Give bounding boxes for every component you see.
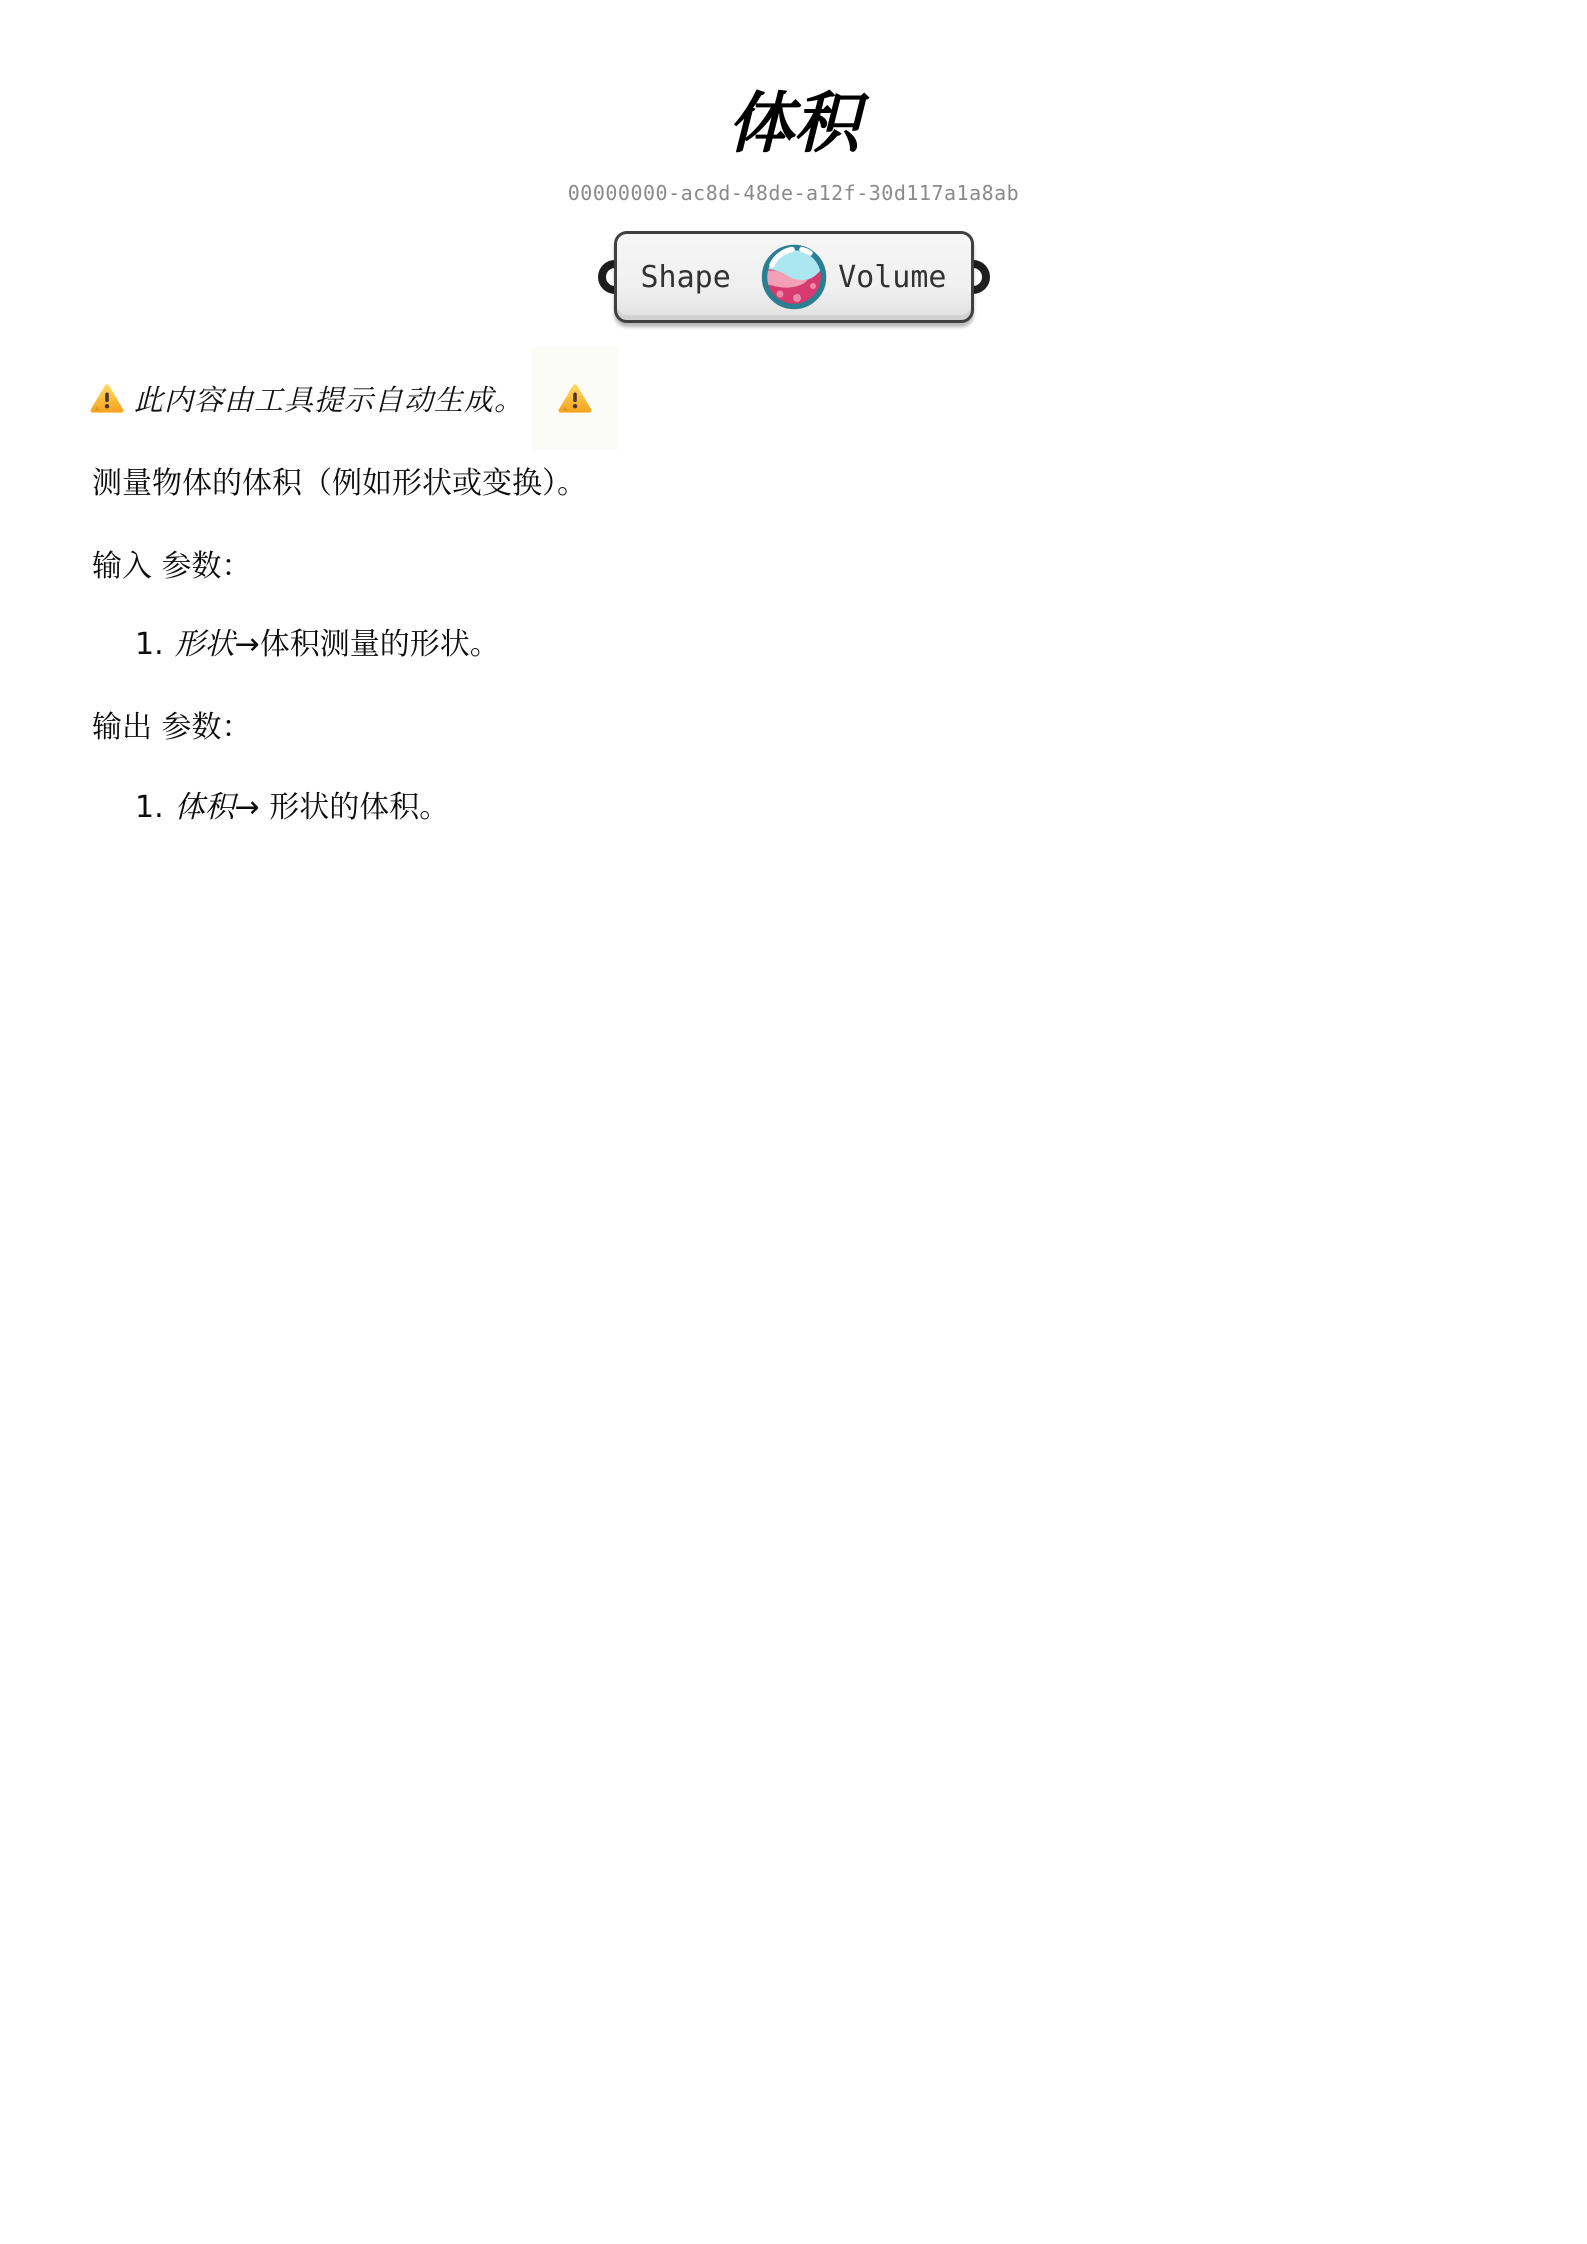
list-item: 1.体积→ 形状的体积。 [135, 782, 449, 826]
warning-icon [90, 383, 124, 414]
doc-page: 体积 00000000-ac8d-48de-a12f-30d117a1a8ab … [0, 0, 1587, 2244]
item-number: 1. [135, 790, 164, 825]
component-body: Shape [614, 231, 974, 323]
grasshopper-component: Shape [614, 231, 974, 323]
output-port-label: Volume [830, 260, 947, 295]
page-title: 体积 [0, 88, 1587, 161]
param-desc: → 形状的体积。 [235, 790, 450, 825]
auto-generated-notice: 此内容由工具提示自动生成。 [90, 347, 618, 450]
item-number: 1. [135, 627, 164, 662]
warning-icon [532, 347, 618, 450]
outputs-heading: 输出 参数： [92, 702, 252, 746]
param-term: 体积 [175, 790, 235, 825]
volume-sphere-icon [758, 241, 830, 313]
description: 测量物体的体积（例如形状或变换）。 [92, 458, 587, 502]
input-port-label: Shape [641, 260, 758, 295]
inputs-heading: 输入 参数： [92, 541, 252, 585]
notice-text: 此内容由工具提示自动生成。 [134, 378, 524, 419]
param-term: 形状 [175, 627, 235, 662]
list-item: 1.形状→体积测量的形状。 [135, 619, 500, 663]
param-desc: →体积测量的形状。 [235, 627, 500, 662]
component-guid: 00000000-ac8d-48de-a12f-30d117a1a8ab [0, 181, 1587, 205]
